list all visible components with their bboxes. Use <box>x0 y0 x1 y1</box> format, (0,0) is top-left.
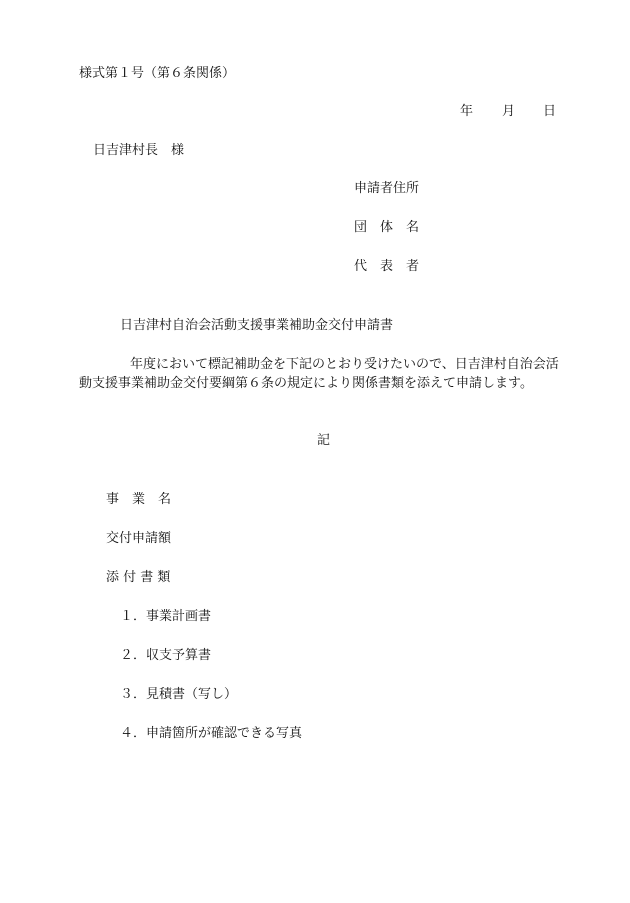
group-name-label: 団 体 名 <box>354 220 419 236</box>
attachment-item: ４．申請箇所が確認できる写真 <box>120 726 302 742</box>
attachment-item: ３．見積書（写し） <box>120 687 237 703</box>
form-number: 様式第１号（第６条関係） <box>79 66 235 82</box>
attachment-item: ２．収支予算書 <box>120 648 211 664</box>
document-title: 日吉津村自治会活動支援事業補助金交付申請書 <box>120 318 393 334</box>
representative-label: 代 表 者 <box>354 259 419 275</box>
attachment-item: １．事業計画書 <box>120 609 211 625</box>
ki-heading: 記 <box>317 433 330 449</box>
body-line-1: 年度において標記補助金を下記のとおり受けたいので、日吉津村自治会活 <box>130 357 559 373</box>
applicant-address-label: 申請者住所 <box>354 181 419 197</box>
body-line-2: 動支援事業補助金交付要綱第６条の規定により関係書類を添えて申請します。 <box>79 376 533 392</box>
date-day: 日 <box>543 104 556 120</box>
amount-label: 交付申請額 <box>106 531 171 547</box>
date-year: 年 <box>460 104 473 120</box>
addressee: 日吉津村長 様 <box>93 143 184 159</box>
project-name-label: 事 業 名 <box>106 492 171 508</box>
date-month: 月 <box>502 104 515 120</box>
attachments-label: 添 付 書 類 <box>106 570 170 586</box>
